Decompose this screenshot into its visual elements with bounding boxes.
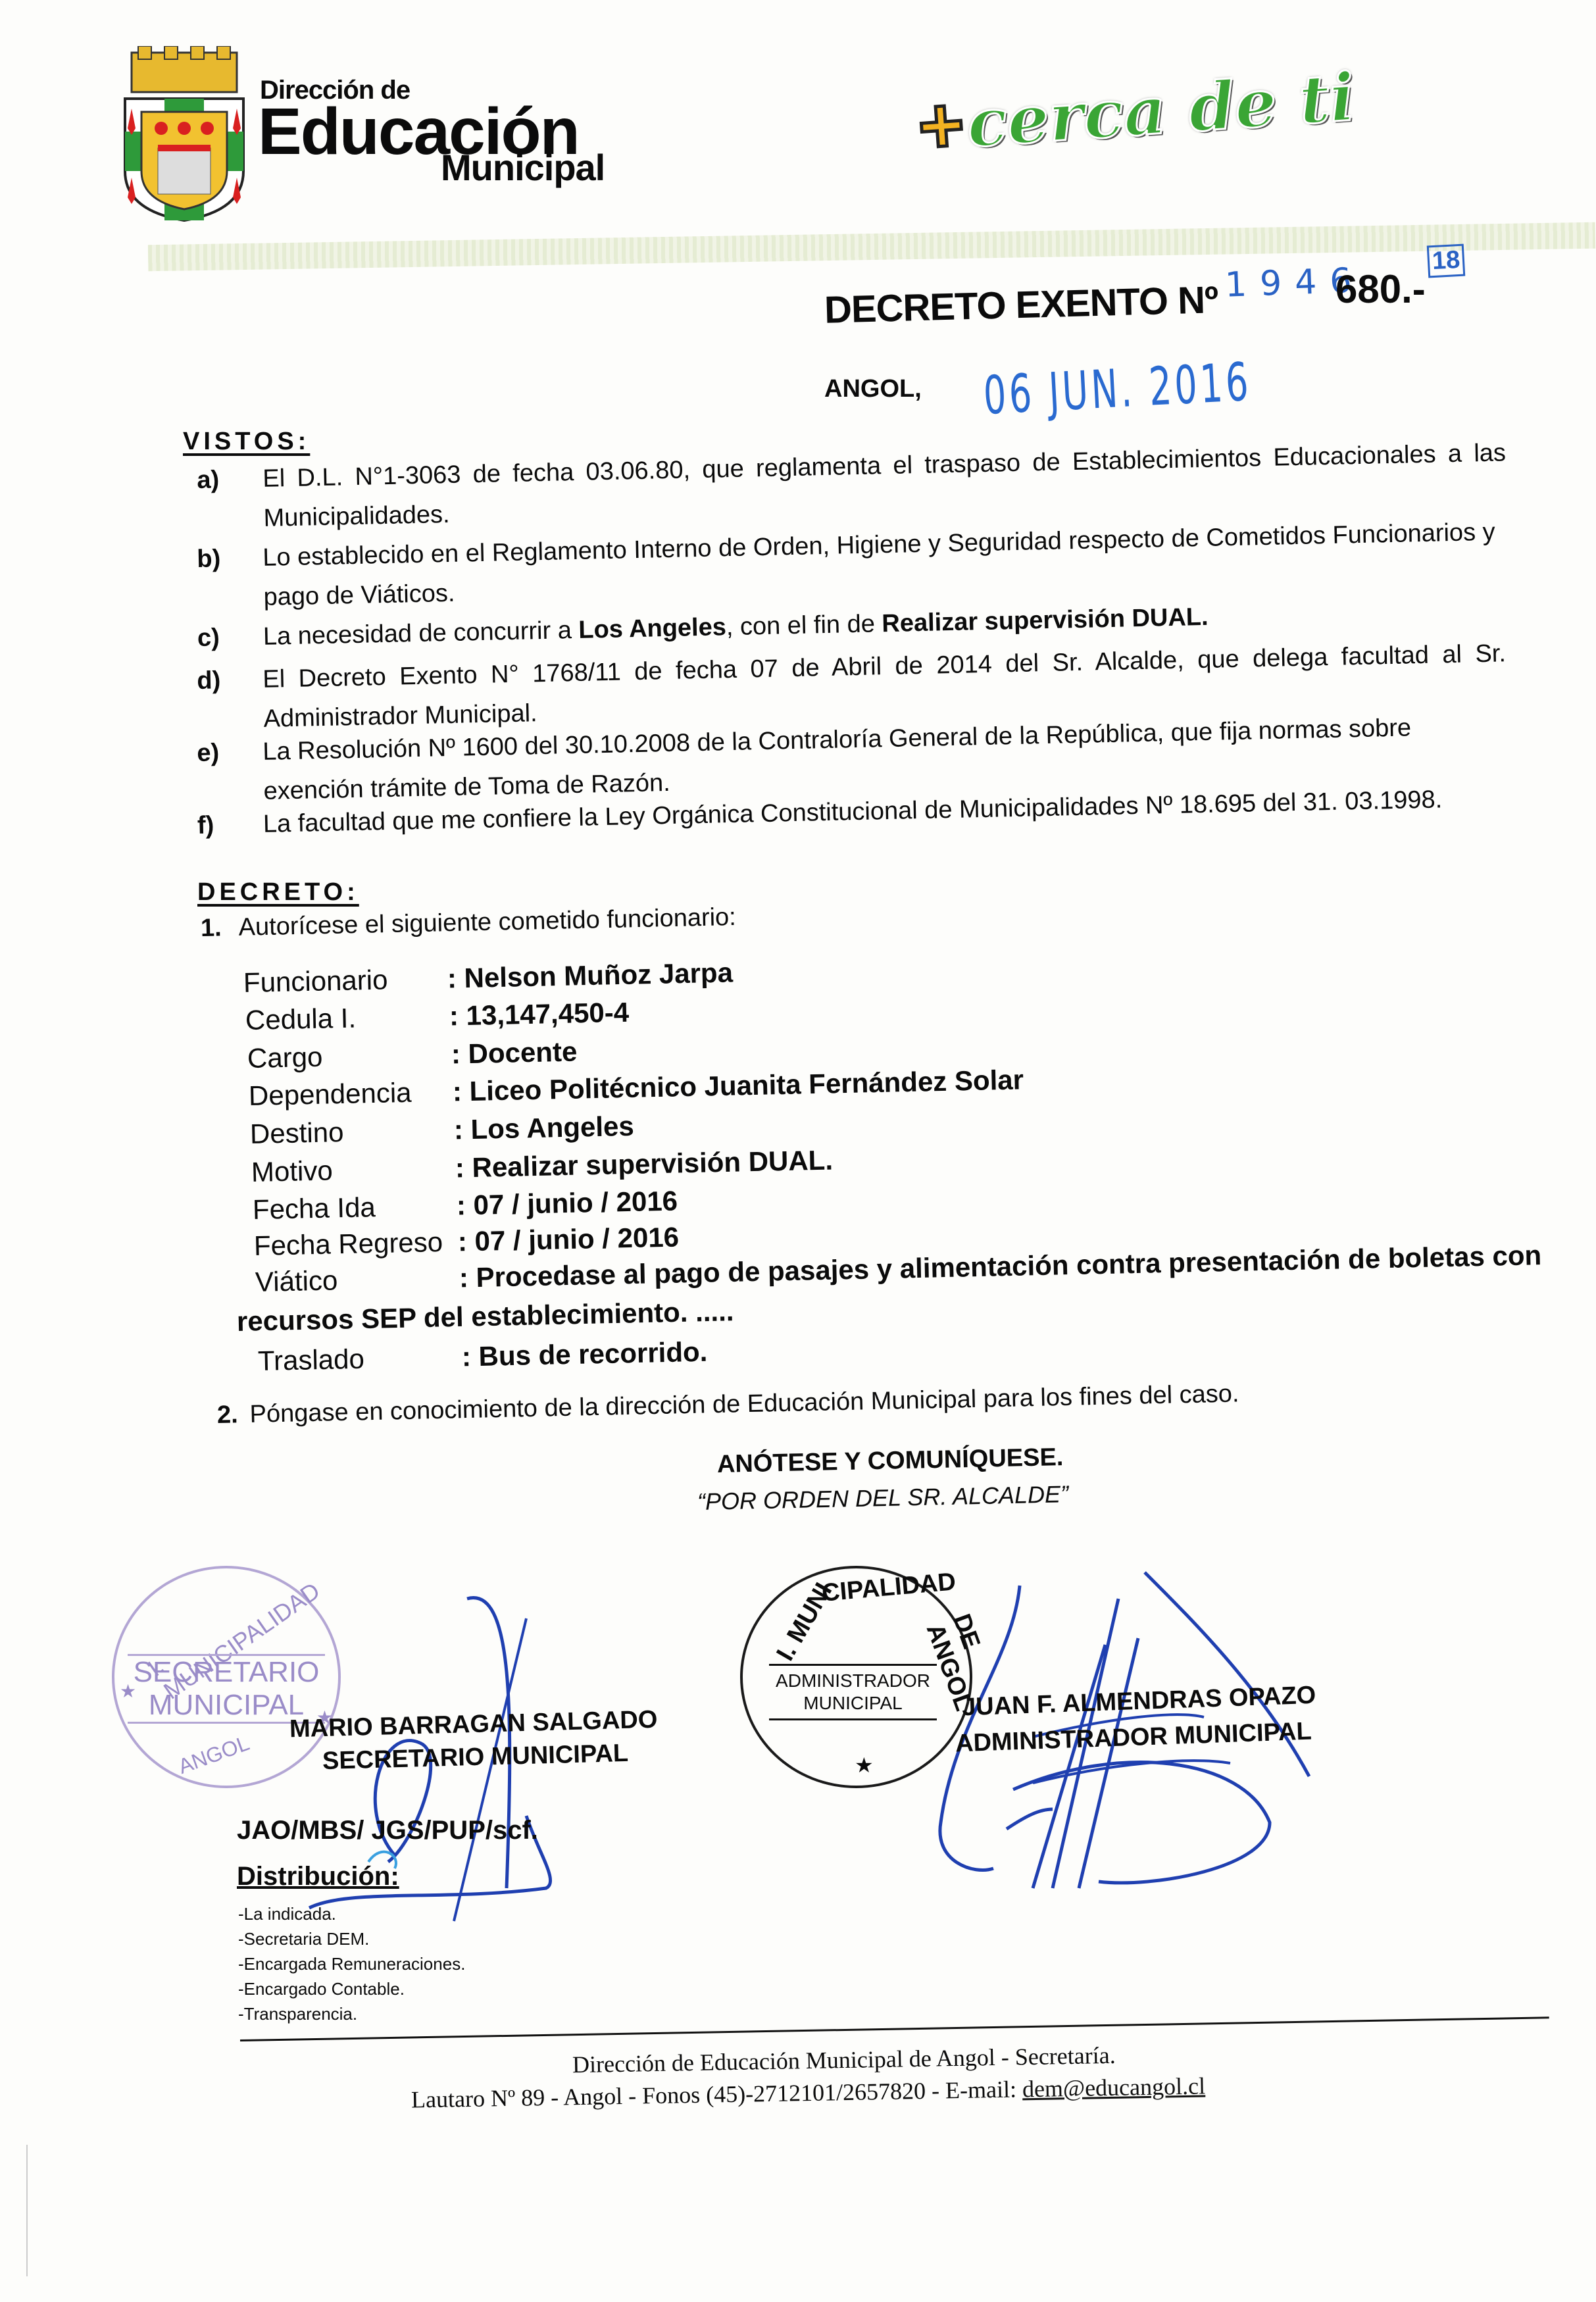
scan-edge-mark <box>26 2145 28 2276</box>
item-letter: e) <box>197 733 220 773</box>
brand-municipal: Municipal <box>441 146 605 189</box>
footer-org: Dirección de Educación Municipal de Ango… <box>572 2041 1116 2078</box>
city-label: ANGOL, <box>824 375 922 403</box>
item-letter: d) <box>197 661 221 701</box>
distribution-item: -Secretaria DEM. <box>238 1926 465 1951</box>
viatico-continuation: recursos SEP del establecimiento. ..... <box>236 1295 734 1338</box>
item-letter: a) <box>197 460 220 500</box>
seal-arc-text: CIPALIDAD <box>821 1568 957 1608</box>
distribution-item: -Encargado Contable. <box>238 1976 465 2001</box>
signer-right-title: ADMINISTRADOR MUNICIPAL <box>955 1718 1312 1759</box>
decree-typed-number: 680.- <box>1335 266 1426 312</box>
administrador-seal: I. MUNI CIPALIDAD DE ANGOL ADMINISTRADOR… <box>740 1566 972 1788</box>
secretario-seal: I. MUNICIPALIDAD ★ ★ SECRETARIO MUNICIPA… <box>112 1566 341 1788</box>
signer-right-name: JUAN F. ALMENDRAS OPAZO <box>961 1682 1316 1722</box>
footer-address: Lautaro Nº 89 - Angol - Fonos (45)-27121… <box>411 2076 1023 2113</box>
destination-bold: Los Angeles <box>578 613 726 644</box>
municipal-crest-icon <box>118 46 250 224</box>
footer-email-link[interactable]: dem@educangol.cl <box>1022 2072 1206 2102</box>
point-number: 1. <box>201 914 222 942</box>
field-motivo: Motivo: Realizar supervisión DUAL. <box>251 1144 833 1188</box>
item-letter: c) <box>197 618 220 658</box>
signer-left-name: MARIO BARRAGAN SALGADO <box>289 1706 658 1744</box>
date-stamp: 06 JUN. 2016 <box>982 351 1253 426</box>
field-destino: Destino: Los Angeles <box>249 1111 634 1150</box>
field-cargo: Cargo: Docente <box>247 1036 577 1074</box>
field-traslado: Traslado: Bus de recorrido. <box>257 1336 707 1377</box>
distribution-item: -Encargada Remuneraciones. <box>238 1951 465 1976</box>
point-text: Póngase en conocimiento de la dirección … <box>249 1380 1239 1428</box>
seal-center: SECRETARIO MUNICIPAL <box>128 1654 325 1724</box>
seal-center: ADMINISTRADOR MUNICIPAL <box>769 1664 937 1720</box>
author-initials: JAO/MBS/ JGS/PUP/scf. <box>237 1816 538 1845</box>
seal-arc-bottom: ANGOL <box>175 1731 253 1779</box>
point-text: Autorícese el siguiente cometido funcion… <box>238 903 736 941</box>
field-cedula: Cedula I.: 13,147,450-4 <box>245 997 629 1036</box>
distribution-list: -La indicada. -Secretaria DEM. -Encargad… <box>238 1901 465 2026</box>
anotese-closing: ANÓTESE Y COMUNÍQUESE. <box>717 1443 1064 1479</box>
item-letter: b) <box>197 539 221 579</box>
point-1: 1.Autorícese el siguiente cometido funci… <box>201 903 737 943</box>
signer-left-title: SECRETARIO MUNICIPAL <box>322 1739 629 1776</box>
distribution-item: -La indicada. <box>238 1901 465 1926</box>
slogan-logo: + cerca de ti <box>916 57 1358 166</box>
point-2: 2.Póngase en conocimiento de la direcció… <box>217 1380 1239 1430</box>
corner-stamp: 18 <box>1427 244 1466 278</box>
por-orden-closing: “POR ORDEN DEL SR. ALCALDE” <box>697 1480 1069 1516</box>
vistos-heading: VISTOS: <box>183 428 310 456</box>
slogan-text: cerca de ti <box>964 58 1357 163</box>
star-icon: ★ <box>855 1753 874 1778</box>
field-funcionario: Funcionario: Nelson Muñoz Jarpa <box>243 957 733 999</box>
distribution-item: -Transparencia. <box>238 2001 465 2026</box>
footer-contact: Lautaro Nº 89 - Angol - Fonos (45)-27121… <box>411 2072 1206 2113</box>
decree-title: DECRETO EXENTO Nº <box>824 278 1218 332</box>
field-fecha-ida: Fecha Ida: 07 / junio / 2016 <box>252 1185 678 1226</box>
purpose-bold: Realizar supervisión DUAL. <box>882 603 1209 638</box>
plus-icon: + <box>915 80 967 171</box>
item-letter: f) <box>197 805 214 845</box>
field-fecha-regreso: Fecha Regreso: 07 / junio / 2016 <box>253 1221 679 1262</box>
point-number: 2. <box>217 1401 239 1429</box>
decreto-heading: DECRETO: <box>197 878 359 907</box>
distribution-heading: Distribución: <box>237 1862 399 1891</box>
header-divider-band <box>148 222 1595 272</box>
